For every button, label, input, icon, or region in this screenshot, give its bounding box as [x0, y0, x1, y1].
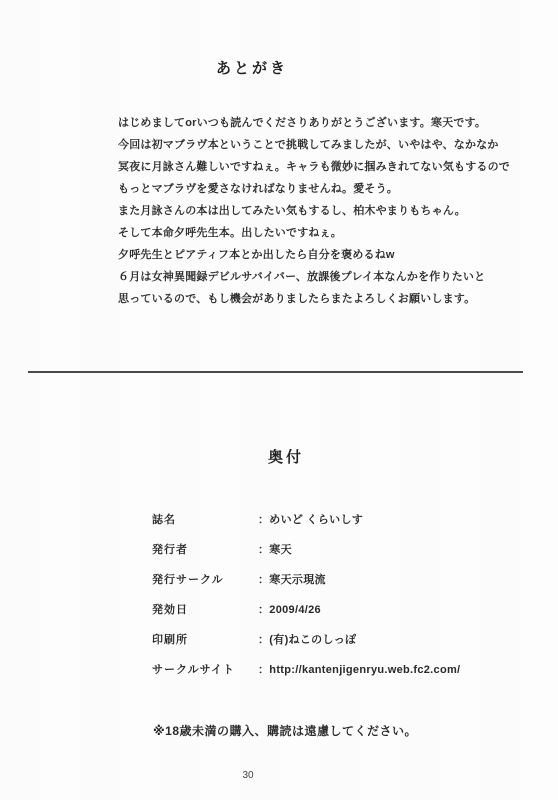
colophon-row-value: ：寒天示現流 [258, 565, 492, 595]
afterword-line: 思っているので、もし機会がありましたらまたよろしくお願いします。 [118, 288, 518, 310]
colophon-row-publisher: 発行者 ：寒天 [152, 535, 492, 565]
scanned-doujinshi-page: あとがき はじめましてorいつも読んでくださりありがとうございます。寒天です。 … [0, 0, 558, 800]
age-restriction-note: ※18歳未満の購入、購読は遠慮してください。 [153, 722, 417, 739]
colophon-row-label: 印刷所 [152, 625, 258, 655]
colophon-row-value: ：めいど くらいしす [258, 505, 492, 535]
colophon-row-website: サークルサイト ：http://kantenjigenryu.web.fc2.c… [152, 655, 492, 685]
colophon-table: 誌名 ：めいど くらいしす 発行者 ：寒天 発行サークル ：寒天示現流 発効日 … [152, 505, 492, 685]
afterword-line: 今回は初マブラヴ本ということで挑戦してみましたが、いやはや、なかなか [118, 134, 518, 156]
colophon-row-value: ：(有)ねこのしっぽ [258, 625, 492, 655]
colophon-title: 奥付 [268, 446, 304, 467]
colophon-row-title: 誌名 ：めいど くらいしす [152, 505, 492, 535]
section-divider [28, 371, 523, 373]
afterword-line: 冥夜に月詠さん難しいですねぇ。キャラも微妙に掴みきれてない気もするので [118, 156, 518, 178]
colophon-row-label: サークルサイト [152, 655, 258, 685]
colophon-row-circle: 発行サークル ：寒天示現流 [152, 565, 492, 595]
colophon-row-url: ：http://kantenjigenryu.web.fc2.com/ [258, 655, 492, 685]
colophon-row-date: 発効日 ：2009/4/26 [152, 595, 492, 625]
afterword-title: あとがき [216, 57, 288, 78]
afterword-line: そして本命夕呼先生本。出したいですねぇ。 [118, 222, 518, 244]
colophon-row-label: 発行者 [152, 535, 258, 565]
afterword-line: はじめましてorいつも読んでくださりありがとうございます。寒天です。 [118, 112, 518, 134]
colophon-row-printer: 印刷所 ：(有)ねこのしっぽ [152, 625, 492, 655]
afterword-line: もっとマブラヴを愛さなければなりませんね。愛そう。 [118, 178, 518, 200]
afterword-line: ６月は女神異聞録デビルサバイバー、放課後プレイ本なんかを作りたいと [118, 266, 518, 288]
colophon-row-value: ：寒天 [258, 535, 492, 565]
afterword-line: また月詠さんの本は出してみたい気もするし、柏木やまりもちゃん。 [118, 200, 518, 222]
afterword-paragraph: はじめましてorいつも読んでくださりありがとうございます。寒天です。 今回は初マ… [118, 112, 518, 310]
colophon-row-value: ：2009/4/26 [258, 595, 492, 625]
colophon-row-label: 発効日 [152, 595, 258, 625]
afterword-line: 夕呼先生とピアティフ本とか出したら自分を褒めるねw [118, 244, 518, 266]
colophon-row-label: 誌名 [152, 505, 258, 535]
page-number: 30 [228, 770, 268, 781]
colophon-row-label: 発行サークル [152, 565, 258, 595]
